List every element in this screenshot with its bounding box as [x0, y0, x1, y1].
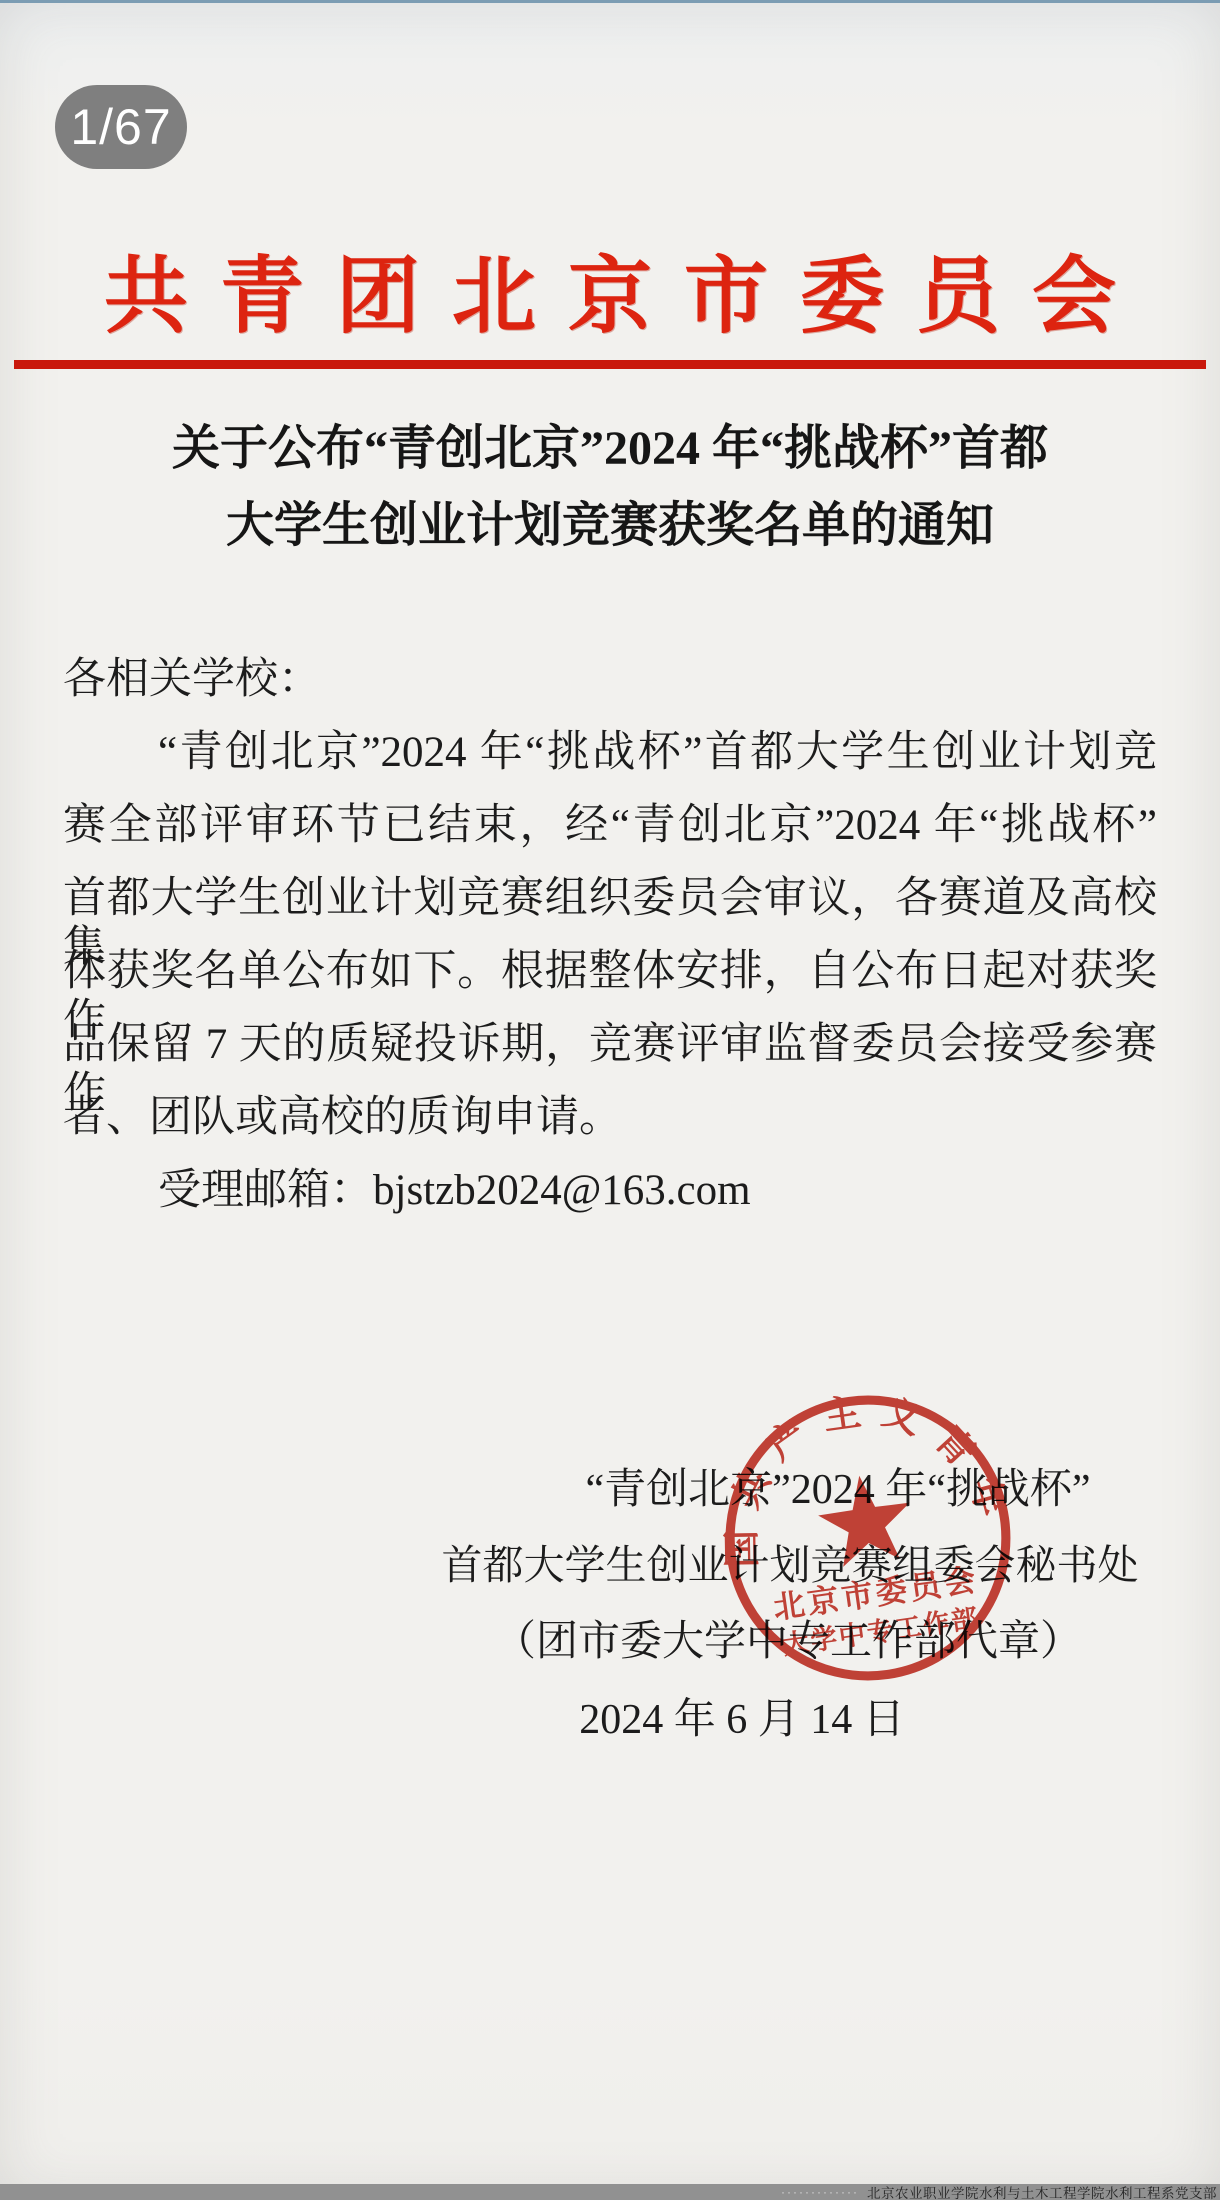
- letterhead-org-title: 共青团北京市委员会: [0, 256, 1220, 340]
- footer-strip: ············· 北京农业职业学院水利与土木工程学院水利工程系党支部: [0, 2184, 1220, 2200]
- body-line: “青创北京”2024 年“挑战杯”首都大学生创业计划竞: [63, 728, 1157, 777]
- salutation: 各相关学校：: [63, 655, 1157, 704]
- seal-arc-text: 中国共产主义青年团: [720, 1390, 1016, 1577]
- email-line: 受理邮箱：bjstzb2024@163.com: [63, 1166, 1157, 1215]
- doc-title-line2: 大学生创业计划竞赛获奖名单的通知: [0, 497, 1220, 555]
- official-seal: 中国共产主义青年团 北京市委员会 大学中专工作部: [720, 1390, 1016, 1686]
- footer-watermark: 北京农业职业学院水利与土木工程学院水利工程系党支部: [867, 2182, 1217, 2200]
- doc-title-line1: 关于公布“青创北京”2024 年“挑战杯”首都: [0, 420, 1220, 478]
- document-page: 1/67 共青团北京市委员会 关于公布“青创北京”2024 年“挑战杯”首都 大…: [0, 0, 1220, 2200]
- svg-text:中国共产主义青年团: 中国共产主义青年团: [720, 1390, 1016, 1577]
- red-divider-rule: [14, 360, 1206, 369]
- body-line: 赛全部评审环节已结束，经“青创北京”2024 年“挑战杯”: [63, 801, 1157, 850]
- page-counter-label: 1/67: [70, 98, 171, 156]
- signature-date: 2024 年 6 月 14 日: [579, 1686, 905, 1746]
- seal-star-icon: [813, 1469, 917, 1569]
- body-line: 者、团队或高校的质询申请。: [63, 1093, 1157, 1142]
- footer-dashes: ·············: [781, 2185, 859, 2199]
- top-border-line: [0, 0, 1220, 3]
- page-counter-badge: 1/67: [55, 85, 187, 169]
